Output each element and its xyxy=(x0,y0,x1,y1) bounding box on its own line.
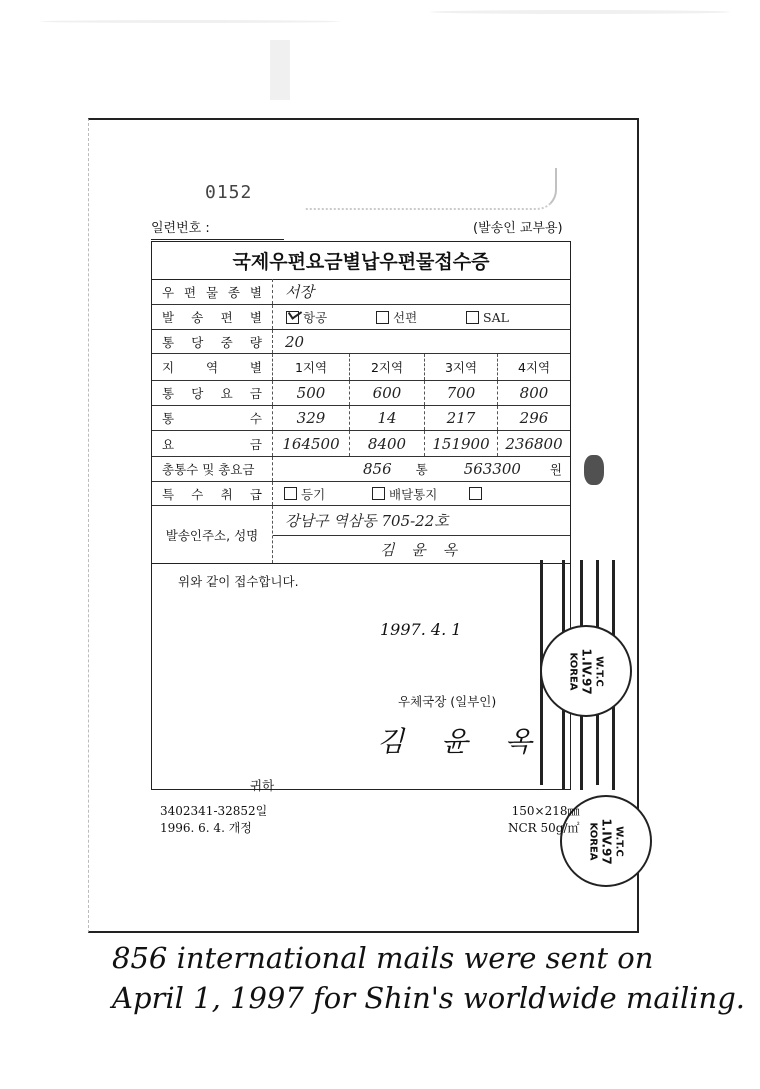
mail-type-value: 서장 xyxy=(273,279,570,304)
receipt-date: 1997. 4. 1 xyxy=(380,620,461,639)
label-special: 특 수 취 급 xyxy=(152,482,273,505)
postmark-date: 1.IV.97 xyxy=(600,818,613,864)
option-registered[interactable]: 등기 xyxy=(284,485,372,503)
label-count: 통 수 xyxy=(152,406,273,430)
option-label: 등기 xyxy=(301,485,325,503)
row-mail-type: 우 편 물 종 별 서장 xyxy=(152,279,570,305)
label-char: 금 xyxy=(250,435,262,453)
serial-stamp: 0152 xyxy=(205,182,252,203)
label-total: 총통수 및 총요금 xyxy=(152,457,273,481)
label-char: 당 xyxy=(191,384,203,402)
receipt-form: 국제우편요금별납우편물접수증 우 편 물 종 별 서장 발 송 편 별 항공 선… xyxy=(151,241,571,790)
caption-line-2: April 1, 1997 for Shin's worldwide maili… xyxy=(112,978,745,1018)
receipt-text: 위와 같이 접수합니다. xyxy=(178,572,299,590)
label-char: 통 xyxy=(162,409,174,427)
scan-noise xyxy=(430,10,730,14)
option-sea[interactable]: 선편 xyxy=(376,308,466,326)
count-1: 329 xyxy=(273,406,350,430)
serial-number-label: 일련번호 : xyxy=(151,217,284,240)
label-unit-fee: 통 당 요 금 xyxy=(152,381,273,405)
label-char: 발 xyxy=(162,308,174,326)
postmark-1: W.T.C 1.IV.97 KOREA xyxy=(540,625,632,717)
form-title: 국제우편요금별납우편물접수증 xyxy=(152,242,570,280)
postmark-date: 1.IV.97 xyxy=(580,648,593,694)
label-char: 역 xyxy=(206,358,218,376)
checkbox-air[interactable] xyxy=(286,311,299,324)
total-values: 856 통 563300 원 xyxy=(273,457,570,481)
option-label: 선편 xyxy=(393,308,417,326)
count-2: 14 xyxy=(350,406,425,430)
handwritten-caption: 856 international mails were sent on Apr… xyxy=(112,938,745,1018)
total-count: 856 xyxy=(363,460,392,478)
label-mail-type: 우 편 물 종 별 xyxy=(152,279,273,304)
label-char: 량 xyxy=(250,333,262,351)
total-amount: 563300 xyxy=(464,460,521,478)
checkbox-sal[interactable] xyxy=(466,311,479,324)
checkbox-sea[interactable] xyxy=(376,311,389,324)
caption-line-1: 856 international mails were sent on xyxy=(112,938,745,978)
label-char: 급 xyxy=(250,485,262,503)
label-char: 우 xyxy=(162,283,174,301)
label-char: 통 xyxy=(162,333,174,351)
recipient-suffix: 귀하 xyxy=(250,776,274,794)
total-amount-unit: 원 xyxy=(550,460,562,478)
label-char: 수 xyxy=(191,485,203,503)
option-air[interactable]: 항공 xyxy=(286,308,376,326)
label-sender: 발송인주소, 성명 xyxy=(152,506,273,563)
scan-noise xyxy=(270,40,290,100)
fee-1: 164500 xyxy=(273,431,350,456)
option-label: 배달통지 xyxy=(389,485,437,503)
label-char: 통 xyxy=(162,384,174,402)
unit-fee-1: 500 xyxy=(273,381,350,405)
sender-name: 김 윤 옥 xyxy=(273,535,570,564)
option-label: SAL xyxy=(483,310,509,325)
form-footer-left: 3402341-32852일 1996. 6. 4. 개정 xyxy=(160,803,267,837)
label-unit-weight: 통 당 중 량 xyxy=(152,330,273,353)
fee-4: 236800 xyxy=(498,431,570,456)
row-unit-weight: 통 당 중 량 20 xyxy=(152,330,570,354)
label-char: 요 xyxy=(221,384,233,402)
fee-2: 8400 xyxy=(350,431,425,456)
row-fee: 요 금 164500 8400 151900 236800 xyxy=(152,431,570,457)
row-send-method: 발 송 편 별 항공 선편 SAL xyxy=(152,305,570,330)
special-options: 등기 배달통지 xyxy=(273,482,570,505)
unit-fee-3: 700 xyxy=(425,381,498,405)
postmaster-signature: 김 윤 옥 xyxy=(377,720,546,760)
label-send-method: 발 송 편 별 xyxy=(152,305,273,329)
unit-fee-2: 600 xyxy=(350,381,425,405)
paper-size: 150×218㎜ xyxy=(508,803,580,820)
postmaster-label: 우체국장 (일부인) xyxy=(398,692,496,710)
label-char: 편 xyxy=(221,308,233,326)
label-char: 별 xyxy=(250,358,262,376)
checkbox-registered[interactable] xyxy=(284,487,297,500)
region-3: 3지역 xyxy=(425,354,498,380)
row-count: 통 수 329 14 217 296 xyxy=(152,406,570,431)
unit-weight-value: 20 xyxy=(273,330,570,353)
option-label: 항공 xyxy=(303,308,327,326)
option-delivery-notice[interactable]: 배달통지 xyxy=(372,485,469,503)
label-char: 중 xyxy=(221,333,233,351)
copy-label: (발송인 교부용) xyxy=(473,217,563,236)
count-4: 296 xyxy=(498,406,570,430)
scan-noise xyxy=(40,20,340,23)
form-code: 3402341-32852일 xyxy=(160,803,267,820)
label-char: 별 xyxy=(250,308,262,326)
label-char: 별 xyxy=(250,283,262,301)
region-1: 1지역 xyxy=(273,354,350,380)
label-char: 지 xyxy=(162,358,174,376)
region-2: 2지역 xyxy=(350,354,425,380)
postmark-country: KOREA xyxy=(567,648,580,694)
total-count-unit: 통 xyxy=(416,460,428,478)
label-char: 편 xyxy=(184,283,196,301)
row-region: 지 역 별 1지역 2지역 3지역 4지역 xyxy=(152,354,570,381)
label-char: 요 xyxy=(162,435,174,453)
ink-blot xyxy=(584,455,604,485)
label-region: 지 역 별 xyxy=(152,354,273,380)
checkbox-blank[interactable] xyxy=(469,487,482,500)
label-char: 수 xyxy=(250,409,262,427)
label-char: 종 xyxy=(228,283,240,301)
label-fee: 요 금 xyxy=(152,431,273,456)
form-footer-right: 150×218㎜ NCR 50g/㎡ xyxy=(508,803,580,837)
checkbox-delivery-notice[interactable] xyxy=(372,487,385,500)
postmark-country: KOREA xyxy=(587,818,600,864)
option-sal[interactable]: SAL xyxy=(466,310,509,325)
count-3: 217 xyxy=(425,406,498,430)
unit-fee-4: 800 xyxy=(498,381,570,405)
label-char: 특 xyxy=(162,485,174,503)
row-total: 총통수 및 총요금 856 통 563300 원 xyxy=(152,457,570,482)
postmark-office: W.T.C xyxy=(593,648,606,694)
paper-type: NCR 50g/㎡ xyxy=(508,820,580,837)
send-method-options: 항공 선편 SAL xyxy=(273,305,570,329)
option-blank[interactable] xyxy=(469,487,486,500)
row-sender: 발송인주소, 성명 강남구 역삼동 705-22호 김 윤 옥 xyxy=(152,506,570,564)
row-unit-fee: 통 당 요 금 500 600 700 800 xyxy=(152,381,570,406)
faded-stamp xyxy=(305,168,557,210)
postmark-office: W.T.C xyxy=(613,818,626,864)
label-char: 물 xyxy=(206,283,218,301)
label-char: 당 xyxy=(191,333,203,351)
revision-date: 1996. 6. 4. 개정 xyxy=(160,820,267,837)
label-char: 금 xyxy=(250,384,262,402)
row-special: 특 수 취 급 등기 배달통지 xyxy=(152,482,570,506)
label-char: 취 xyxy=(221,485,233,503)
region-4: 4지역 xyxy=(498,354,570,380)
fee-3: 151900 xyxy=(425,431,498,456)
label-char: 송 xyxy=(191,308,203,326)
sender-address: 강남구 역삼동 705-22호 xyxy=(273,506,570,536)
